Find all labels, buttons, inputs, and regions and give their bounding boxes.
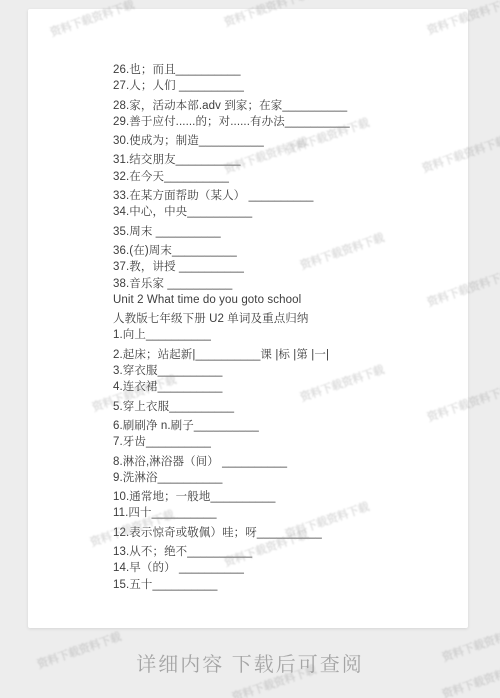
doc-line: 29.善于应付......的；对......有办法__________ — [113, 114, 456, 130]
doc-line: 15.五十__________ — [113, 577, 456, 593]
doc-line: 8.淋浴,淋浴器（间） __________ — [113, 454, 456, 470]
doc-line: 31.结交朋友__________ — [113, 152, 456, 168]
doc-line: 3.穿衣服__________ — [113, 363, 456, 379]
doc-line: 35.周末 __________ — [113, 224, 456, 240]
doc-line: 4.连衣裙__________ — [113, 379, 456, 395]
doc-line: 26.也；而且__________ — [113, 62, 456, 78]
doc-line: 27.人；人们 __________ — [113, 78, 456, 94]
doc-line: 34.中心，中央__________ — [113, 204, 456, 220]
doc-line: 38.音乐家 __________ — [113, 276, 456, 292]
doc-line: 12.表示惊奇或敬佩）哇；呀__________ — [113, 525, 456, 541]
footer-note: 详细内容 下载后可查阅 — [0, 648, 500, 677]
doc-line: 32.在今天__________ — [113, 169, 456, 185]
doc-line: Unit 2 What time do you goto school — [113, 292, 456, 308]
doc-line: 30.使成为；制造__________ — [113, 133, 456, 149]
doc-line: 5.穿上衣服__________ — [113, 399, 456, 415]
doc-line: 10.通常地；一般地__________ — [113, 489, 456, 505]
doc-line: 28.家，活动本部.adv 到家；在家__________ — [113, 98, 456, 114]
doc-line: 14.早（的） __________ — [113, 560, 456, 576]
doc-line: 7.牙齿__________ — [113, 434, 456, 450]
doc-line: 6.刷刷净 n.刷子__________ — [113, 418, 456, 434]
document-content: 26.也；而且__________27.人；人们 __________28.家，… — [113, 62, 456, 593]
doc-line: 36.(在)周末__________ — [113, 243, 456, 259]
doc-line: 2.起床；站起新|__________课 |标 |第 |一| — [113, 347, 456, 363]
doc-line: 1.向上__________ — [113, 327, 456, 343]
document-preview: 26.也；而且__________27.人；人们 __________28.家，… — [0, 0, 500, 698]
doc-line: 11.四十__________ — [113, 505, 456, 521]
doc-line: 37.教，讲授 __________ — [113, 259, 456, 275]
doc-line: 人教版七年级下册 U2 单词及重点归纳 — [113, 311, 456, 327]
doc-line: 13.从不；绝不__________ — [113, 544, 456, 560]
document-page: 26.也；而且__________27.人；人们 __________28.家，… — [28, 9, 468, 628]
doc-line: 9.洗淋浴__________ — [113, 470, 456, 486]
doc-line: 33.在某方面帮助（某人） __________ — [113, 188, 456, 204]
